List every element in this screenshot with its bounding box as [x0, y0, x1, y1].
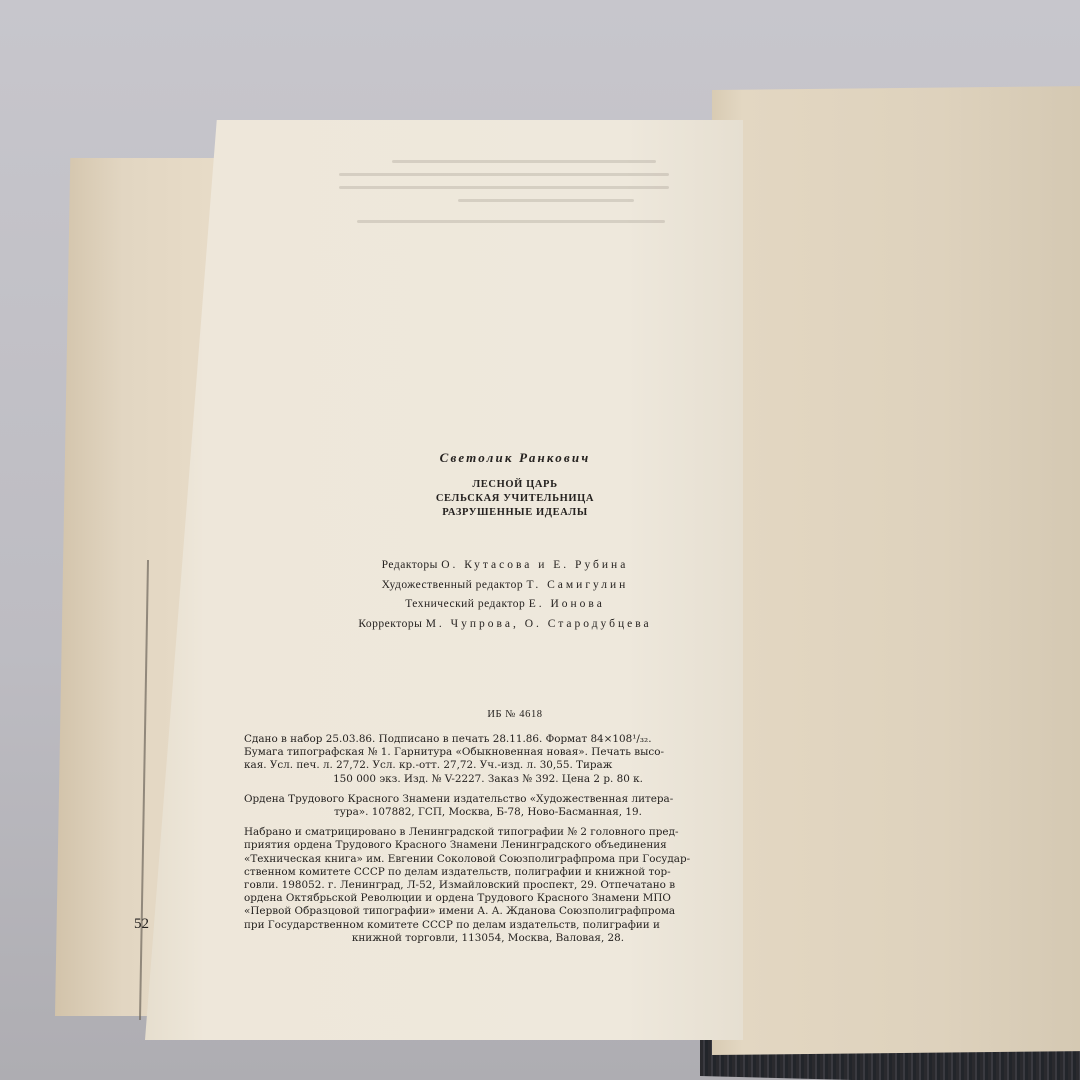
author-name: Светолик Ранкович [300, 450, 730, 466]
credit-names: М. Чупрова, О. Стародубцева [426, 618, 652, 630]
right-page-blank [712, 86, 1080, 1055]
credit-role: Редакторы [382, 559, 438, 571]
printer-line: книжной торговли, 113054, Москва, Валова… [244, 932, 732, 945]
imprint-block: Сдано в набор 25.03.86. Подписано в печа… [244, 733, 732, 952]
printer-line: при Государственном комитете СССР по дел… [244, 919, 732, 932]
production-line: Бумага типографская № 1. Гарнитура «Обык… [244, 746, 732, 759]
title-2: СЕЛЬСКАЯ УЧИТЕЛЬНИЦА [300, 492, 730, 506]
credit-art-editor: Художественный редактор Т. Самигулин [290, 576, 720, 596]
production-line: 150 000 экз. Изд. № V-2227. Заказ № 392.… [244, 773, 732, 786]
printer-details: Набрано и сматрицировано в Ленинградской… [244, 826, 732, 945]
credit-names: Т. Самигулин [526, 579, 628, 591]
printer-line: говли. 198052. г. Ленинград, Л-52, Измай… [244, 879, 732, 892]
show-through-text [260, 150, 700, 300]
credit-proofreaders: Корректоры М. Чупрова, О. Стародубцева [290, 615, 720, 635]
production-details: Сдано в набор 25.03.86. Подписано в печа… [244, 733, 732, 786]
printer-line: Набрано и сматрицировано в Ленинградской… [244, 826, 732, 839]
printer-line: ственном комитете СССР по делам издатель… [244, 866, 732, 879]
credit-editors: Редакторы О. Кутасова и Е. Рубина [290, 556, 720, 576]
title-1: ЛЕСНОЙ ЦАРЬ [300, 478, 730, 492]
title-3: РАЗРУШЕННЫЕ ИДЕАЛЫ [300, 506, 730, 520]
printer-line: приятия ордена Трудового Красного Знамен… [244, 839, 732, 852]
credit-names: Е. Ионова [529, 598, 605, 610]
book-titles: ЛЕСНОЙ ЦАРЬ СЕЛЬСКАЯ УЧИТЕЛЬНИЦА РАЗРУШЕ… [300, 478, 730, 520]
printer-line: «Первой Образцовой типографии» имени А. … [244, 905, 732, 918]
credit-role: Технический редактор [405, 598, 525, 610]
production-line: Сдано в набор 25.03.86. Подписано в печа… [244, 733, 732, 746]
production-line: кая. Усл. печ. л. 27,72. Усл. кр.-отт. 2… [244, 759, 732, 772]
page-number: 52 [134, 916, 149, 933]
credit-tech-editor: Технический редактор Е. Ионова [290, 595, 720, 615]
publisher-line: Ордена Трудового Красного Знамени издате… [244, 793, 732, 806]
publisher-details: Ордена Трудового Красного Знамени издате… [244, 793, 732, 819]
credit-role: Художественный редактор [382, 579, 523, 591]
credits-list: Редакторы О. Кутасова и Е. Рубина Художе… [290, 556, 720, 634]
credit-names: О. Кутасова и Е. Рубина [441, 559, 628, 571]
ib-number: ИБ № 4618 [300, 709, 730, 720]
printer-line: «Техническая книга» им. Евгении Соколово… [244, 853, 732, 866]
printer-line: ордена Октябрьской Революции и ордена Тр… [244, 892, 732, 905]
credit-role: Корректоры [358, 618, 422, 630]
publisher-line: тура». 107882, ГСП, Москва, Б-78, Ново-Б… [244, 806, 732, 819]
